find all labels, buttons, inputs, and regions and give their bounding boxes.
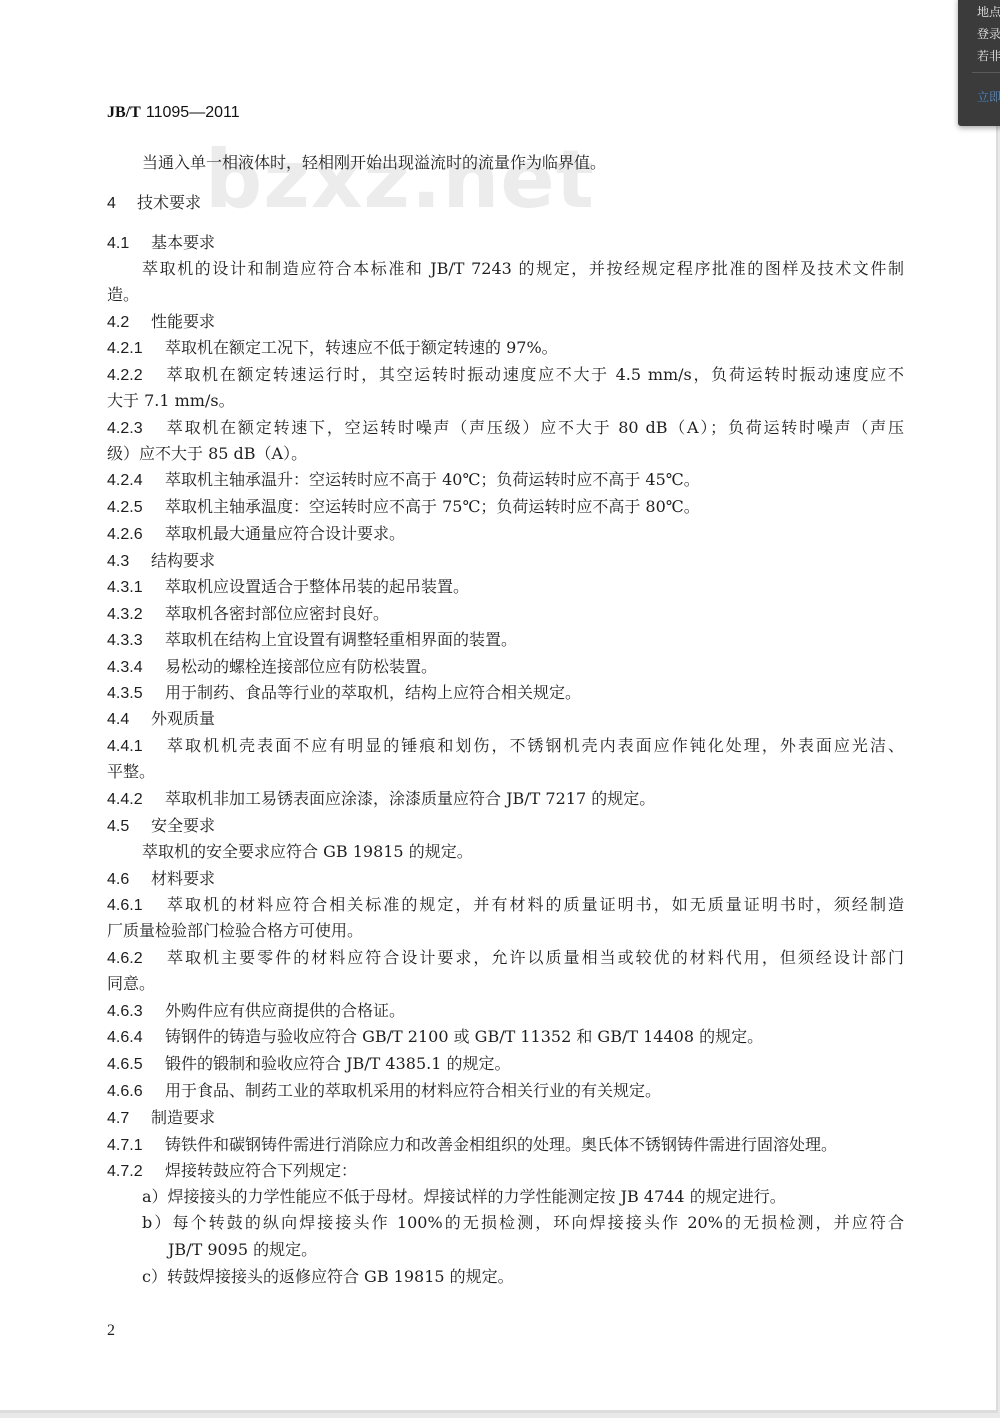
clause-number: 4.6.1 bbox=[107, 893, 165, 919]
heading-line: 4.3结构要求 bbox=[107, 548, 907, 575]
clause-number: 4.6.3 bbox=[107, 999, 165, 1025]
clause-text: 萃取机最大通量应符合设计要求。 bbox=[165, 524, 405, 543]
text-line: b）每个转鼓的纵向焊接接头作 100%的无损检测，环向焊接接头作 20%的无损检… bbox=[142, 1210, 904, 1236]
clause-number: 4.2.6 bbox=[107, 522, 165, 548]
clause-text: 级）应不大于 85 dB（A）。 bbox=[107, 444, 307, 463]
clause-text: 当通入单一相液体时，轻相刚开始出现溢流时的流量作为临界值。 bbox=[142, 153, 606, 172]
clause-text: 萃取机各密封部位应密封良好。 bbox=[165, 604, 389, 623]
clause-number: 4.3.3 bbox=[107, 628, 165, 654]
text-line: 4.6.3外购件应有供应商提供的合格证。 bbox=[107, 998, 907, 1025]
text-line: 当通入单一相液体时，轻相刚开始出现溢流时的流量作为临界值。 bbox=[142, 150, 942, 176]
document-page: bzxz.net JB/T 11095—2011 当通入单一相液体时，轻相刚开始… bbox=[0, 0, 998, 1413]
clause-number: 4.6.4 bbox=[107, 1025, 165, 1051]
clause-text: b）每个转鼓的纵向焊接接头作 100%的无损检测，环向焊接接头作 20%的无损检… bbox=[142, 1213, 904, 1232]
standard-header: JB/T 11095—2011 bbox=[107, 102, 240, 122]
clause-text: 同意。 bbox=[107, 974, 155, 993]
clause-text: 造。 bbox=[107, 285, 139, 304]
clause-text: 萃取机非加工易锈表面应涂漆，涂漆质量应符合 JB/T 7217 的规定。 bbox=[165, 789, 655, 808]
clause-number: 4.7.2 bbox=[107, 1159, 165, 1185]
standard-prefix: JB/T bbox=[107, 104, 141, 121]
heading-line: 4.4外观质量 bbox=[107, 706, 907, 733]
heading-line: 4技术要求 bbox=[107, 190, 907, 217]
text-line: 4.6.5锻件的锻制和验收应符合 JB/T 4385.1 的规定。 bbox=[107, 1051, 907, 1078]
text-line: 4.7.2焊接转鼓应符合下列规定： bbox=[107, 1158, 907, 1185]
popup-line: 地点 bbox=[977, 3, 1000, 20]
heading-line: 4.7制造要求 bbox=[107, 1105, 907, 1132]
clause-text: 厂质量检验部门检验合格方可使用。 bbox=[107, 921, 363, 940]
clause-text: 用于食品、制药工业的萃取机采用的材料应符合相关行业的有关规定。 bbox=[165, 1081, 661, 1100]
clause-number: 4.3 bbox=[107, 549, 151, 575]
clause-number: 4.3.1 bbox=[107, 575, 165, 601]
clause-text: 萃取机的设计和制造应符合本标准和 JB/T 7243 的规定，并按经规定程序批准… bbox=[142, 259, 904, 278]
clause-text: a）焊接接头的力学性能应不低于母材。焊接试样的力学性能测定按 JB 4744 的… bbox=[142, 1187, 786, 1206]
clause-number: 4.6 bbox=[107, 867, 151, 893]
clause-number: 4.4.1 bbox=[107, 734, 165, 760]
clause-text: 外购件应有供应商提供的合格证。 bbox=[165, 1001, 405, 1020]
page-number: 2 bbox=[107, 1322, 115, 1340]
text-line: JB/T 9095 的规定。 bbox=[168, 1237, 968, 1263]
clause-number: 4.2.4 bbox=[107, 468, 165, 494]
popup-login-link[interactable]: 立即 bbox=[977, 88, 1000, 105]
popup-divider bbox=[972, 72, 1000, 73]
clause-number: 4.2.2 bbox=[107, 363, 165, 389]
clause-text: 萃取机主轴承温度：空运转时应不高于 75℃；负荷运转时应不高于 80℃。 bbox=[165, 497, 700, 516]
clause-text: c）转鼓焊接接头的返修应符合 GB 19815 的规定。 bbox=[142, 1267, 514, 1286]
text-line: 萃取机的设计和制造应符合本标准和 JB/T 7243 的规定，并按经规定程序批准… bbox=[142, 256, 904, 282]
text-line: 4.2.4萃取机主轴承温升：空运转时应不高于 40℃；负荷运转时应不高于 45℃… bbox=[107, 467, 907, 494]
section-heading: 技术要求 bbox=[137, 193, 201, 212]
text-line: 4.3.4易松动的螺栓连接部位应有防松装置。 bbox=[107, 654, 907, 681]
popup-line: 若非 bbox=[977, 47, 1000, 64]
standard-number: 11095—2011 bbox=[146, 104, 240, 121]
clause-number: 4.2 bbox=[107, 310, 151, 336]
clause-text: 用于制药、食品等行业的萃取机，结构上应符合相关规定。 bbox=[165, 683, 581, 702]
text-line: 4.2.1萃取机在额定工况下，转速应不低于额定转速的 97%。 bbox=[107, 335, 907, 362]
text-line: 4.3.1萃取机应设置适合于整体吊装的起吊装置。 bbox=[107, 574, 907, 601]
clause-text: 萃取机的材料应符合相关标准的规定，并有材料的质量证明书，如无质量证明书时，须经制… bbox=[165, 895, 904, 914]
text-line: a）焊接接头的力学性能应不低于母材。焊接试样的力学性能测定按 JB 4744 的… bbox=[142, 1184, 942, 1210]
text-line: 4.2.3萃取机在额定转速下，空运转时噪声（声压级）应不大于 80 dB（A）；… bbox=[107, 415, 904, 442]
clause-number: 4.2.1 bbox=[107, 336, 165, 362]
clause-text: 大于 7.1 mm/s。 bbox=[107, 391, 235, 410]
section-heading: 安全要求 bbox=[151, 816, 215, 835]
clause-text: 易松动的螺栓连接部位应有防松装置。 bbox=[165, 657, 437, 676]
clause-text: 平整。 bbox=[107, 762, 155, 781]
clause-text: 锻件的锻制和验收应符合 JB/T 4385.1 的规定。 bbox=[165, 1054, 510, 1073]
section-heading: 性能要求 bbox=[151, 312, 215, 331]
clause-text: 萃取机在额定工况下，转速应不低于额定转速的 97%。 bbox=[165, 338, 558, 357]
clause-number: 4.3.4 bbox=[107, 655, 165, 681]
clause-number: 4.4.2 bbox=[107, 787, 165, 813]
clause-text: 萃取机机壳表面不应有明显的锤痕和划伤，不锈钢机壳内表面应作钝化处理，外表面应光洁… bbox=[165, 736, 904, 755]
text-line: 4.2.5萃取机主轴承温度：空运转时应不高于 75℃；负荷运转时应不高于 80℃… bbox=[107, 494, 907, 521]
text-line: 4.2.6萃取机最大通量应符合设计要求。 bbox=[107, 521, 907, 548]
text-line: 4.6.2萃取机主要零件的材料应符合设计要求，允许以质量相当或较优的材料代用，但… bbox=[107, 945, 904, 972]
text-line: 4.3.2萃取机各密封部位应密封良好。 bbox=[107, 601, 907, 628]
heading-line: 4.6材料要求 bbox=[107, 866, 907, 893]
heading-line: 4.5安全要求 bbox=[107, 813, 907, 840]
clause-text: 萃取机在额定转速下，空运转时噪声（声压级）应不大于 80 dB（A）；负荷运转时… bbox=[165, 418, 904, 437]
clause-text: 萃取机主要零件的材料应符合设计要求，允许以质量相当或较优的材料代用，但须经设计部… bbox=[165, 948, 904, 967]
clause-number: 4.1 bbox=[107, 231, 151, 257]
heading-line: 4.1基本要求 bbox=[107, 230, 907, 257]
text-line: 4.3.3萃取机在结构上宜设置有调整轻重相界面的装置。 bbox=[107, 627, 907, 654]
text-line: 同意。 bbox=[107, 971, 907, 997]
popup-line: 登录 bbox=[977, 25, 1000, 42]
text-line: 4.3.5用于制药、食品等行业的萃取机，结构上应符合相关规定。 bbox=[107, 680, 907, 707]
section-heading: 基本要求 bbox=[151, 233, 215, 252]
clause-number: 4.6.5 bbox=[107, 1052, 165, 1078]
clause-text: 焊接转鼓应符合下列规定： bbox=[165, 1161, 357, 1180]
clause-number: 4.6.2 bbox=[107, 946, 165, 972]
clause-text: 萃取机应设置适合于整体吊装的起吊装置。 bbox=[165, 577, 469, 596]
text-line: 4.4.2萃取机非加工易锈表面应涂漆，涂漆质量应符合 JB/T 7217 的规定… bbox=[107, 786, 907, 813]
text-line: 4.7.1铸铁件和碳钢铸件需进行消除应力和改善金相组织的处理。奥氏体不锈钢铸件需… bbox=[107, 1132, 907, 1159]
clause-text: 萃取机的安全要求应符合 GB 19815 的规定。 bbox=[142, 842, 473, 861]
clause-number: 4.3.5 bbox=[107, 681, 165, 707]
login-popup: 地点 登录 若非 立即 bbox=[958, 0, 1000, 126]
heading-line: 4.2性能要求 bbox=[107, 309, 907, 336]
clause-number: 4.5 bbox=[107, 814, 151, 840]
section-heading: 制造要求 bbox=[151, 1108, 215, 1127]
text-line: 造。 bbox=[107, 282, 907, 308]
text-line: 厂质量检验部门检验合格方可使用。 bbox=[107, 918, 907, 944]
text-line: 大于 7.1 mm/s。 bbox=[107, 388, 907, 414]
text-line: 4.6.1萃取机的材料应符合相关标准的规定，并有材料的质量证明书，如无质量证明书… bbox=[107, 892, 904, 919]
clause-number: 4.7.1 bbox=[107, 1133, 165, 1159]
clause-number: 4.6.6 bbox=[107, 1079, 165, 1105]
text-line: 4.2.2萃取机在额定转速运行时，其空运转时振动速度应不大于 4.5 mm/s，… bbox=[107, 362, 904, 389]
clause-number: 4 bbox=[107, 191, 137, 217]
clause-number: 4.2.3 bbox=[107, 416, 165, 442]
text-line: 4.6.6用于食品、制药工业的萃取机采用的材料应符合相关行业的有关规定。 bbox=[107, 1078, 907, 1105]
clause-number: 4.2.5 bbox=[107, 495, 165, 521]
clause-text: 铸铁件和碳钢铸件需进行消除应力和改善金相组织的处理。奥氏体不锈钢铸件需进行固溶处… bbox=[165, 1135, 837, 1154]
section-heading: 结构要求 bbox=[151, 551, 215, 570]
clause-text: 萃取机在额定转速运行时，其空运转时振动速度应不大于 4.5 mm/s，负荷运转时… bbox=[165, 365, 904, 384]
clause-text: JB/T 9095 的规定。 bbox=[168, 1240, 317, 1259]
clause-number: 4.3.2 bbox=[107, 602, 165, 628]
text-line: c）转鼓焊接接头的返修应符合 GB 19815 的规定。 bbox=[142, 1264, 942, 1290]
section-heading: 外观质量 bbox=[151, 709, 215, 728]
text-line: 级）应不大于 85 dB（A）。 bbox=[107, 441, 907, 467]
clause-number: 4.4 bbox=[107, 707, 151, 733]
clause-text: 铸钢件的铸造与验收应符合 GB/T 2100 或 GB/T 11352 和 GB… bbox=[165, 1027, 763, 1046]
text-line: 4.4.1萃取机机壳表面不应有明显的锤痕和划伤，不锈钢机壳内表面应作钝化处理，外… bbox=[107, 733, 904, 760]
text-line: 萃取机的安全要求应符合 GB 19815 的规定。 bbox=[142, 839, 942, 865]
clause-text: 萃取机在结构上宜设置有调整轻重相界面的装置。 bbox=[165, 630, 517, 649]
clause-number: 4.7 bbox=[107, 1106, 151, 1132]
section-heading: 材料要求 bbox=[151, 869, 215, 888]
clause-text: 萃取机主轴承温升：空运转时应不高于 40℃；负荷运转时应不高于 45℃。 bbox=[165, 470, 700, 489]
text-line: 平整。 bbox=[107, 759, 907, 785]
text-line: 4.6.4铸钢件的铸造与验收应符合 GB/T 2100 或 GB/T 11352… bbox=[107, 1024, 907, 1051]
